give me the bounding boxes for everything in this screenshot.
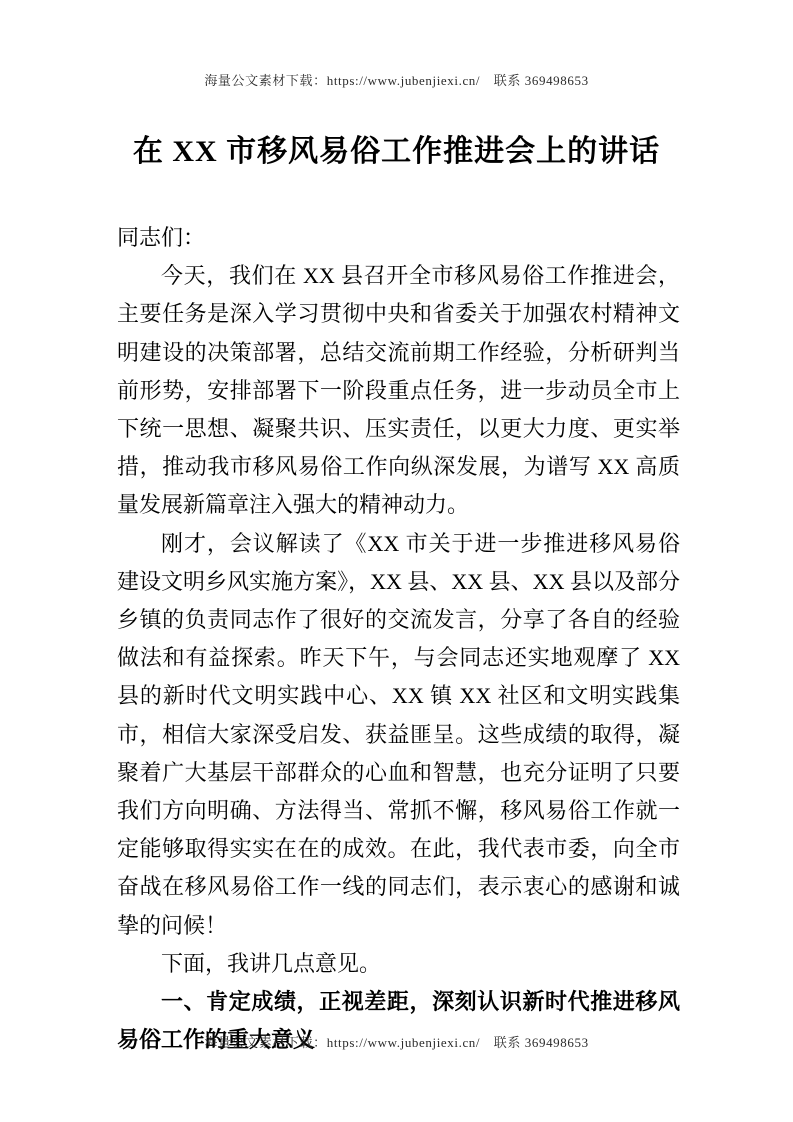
paragraph: 刚才，会议解读了《XX 市关于进一步推进移风易俗建设文明乡风实施方案》，XX 县… bbox=[117, 525, 680, 945]
document-title: 在 XX 市移风易俗工作推进会上的讲话 bbox=[0, 126, 793, 170]
header-note: 海量公文素材下载：https://www.jubenjiexi.cn/ 联系 3… bbox=[0, 70, 793, 89]
document-page: 海量公文素材下载：https://www.jubenjiexi.cn/ 联系 3… bbox=[0, 0, 793, 1122]
paragraph: 下面，我讲几点意见。 bbox=[117, 945, 680, 983]
document-body: 同志们： 今天，我们在 XX 县召开全市移风易俗工作推进会，主要任务是深入学习贯… bbox=[117, 219, 680, 1059]
footer-note: 海量公文素材下载：https://www.jubenjiexi.cn/ 联系 3… bbox=[0, 1032, 793, 1051]
salutation: 同志们： bbox=[117, 219, 680, 257]
paragraph: 今天，我们在 XX 县召开全市移风易俗工作推进会，主要任务是深入学习贯彻中央和省… bbox=[117, 257, 680, 524]
